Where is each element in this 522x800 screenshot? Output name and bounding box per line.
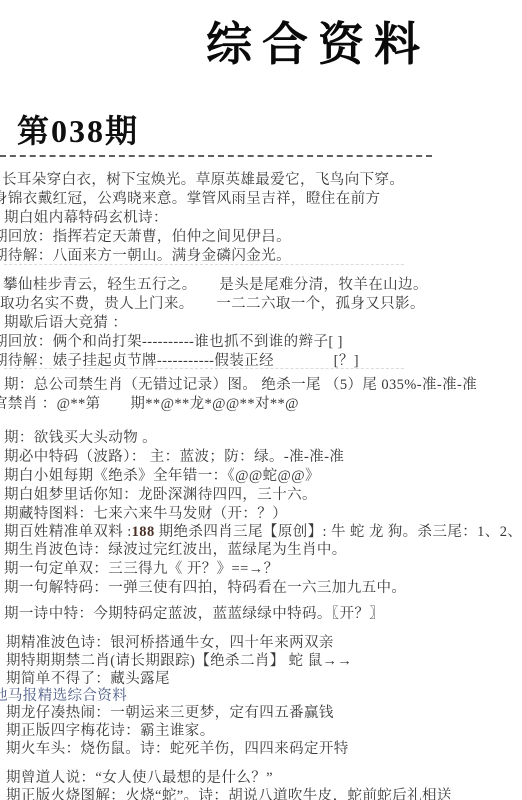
line-meihuashi: 期正版四字梅花诗：霸主谁家。: [6, 723, 215, 739]
line-longzai: 期龙仔凑热闹：一朝运来三更梦，定有四五番赢钱: [6, 705, 334, 721]
line-huifang-1: 期回放：指挥若定天萧曹，伯仲之间见伊吕。: [0, 229, 291, 245]
line-jin-erxiao: 期特期期禁二肖(请长期跟踪)【绝杀二肖】 蛇 鼠→→: [6, 653, 352, 669]
line-huoshao: 期正版火烧图解：火烧“蛇”。诗：胡说八道吹牛皮，蛇前蛇后礼相送: [6, 788, 452, 800]
line-xuanji-title: 期白姐内幕特码玄机诗：: [4, 210, 168, 226]
line-jin-shengxiao: 期：总公司禁生肖（无错过记录）图。 绝杀一尾 （5）尾 035%-准-准-准: [4, 377, 477, 393]
page-title: 综合资料: [206, 8, 466, 74]
faint-rule-2: [4, 368, 404, 369]
line-guan-jinxiao: 官禁肖 ：@**第 期**@**龙*@@**对**@: [0, 396, 299, 412]
document-page: 综合资料 第038期 长耳朵穿白衣，树下宝焕光。草原英雄最爱它，飞鸟向下穿。 身…: [0, 0, 522, 800]
danshuang-prefix: 期百姓精准单双料 :: [4, 524, 132, 540]
line-poem-2: 身锦衣戴红冠，公鸡晓来意。掌管风雨呈吉祥，瞪住在前方: [0, 191, 380, 207]
line-zengdaoren: 期曾道人说：“女人使八最想的是什么？”: [6, 770, 273, 786]
line-yuqian: 期：欲钱买大头动物 。: [4, 430, 157, 446]
line-poem-4: 取功名实不费，贵人上门来。 一二二六取一个，孤身又只影。: [0, 296, 425, 312]
line-daijie-2: 期待解：婊子挂起贞节牌-----------假装正经 [？]: [0, 353, 359, 369]
line-poem-1: 长耳朵穿白衣，树下宝焕光。草原英雄最爱它，飞鸟向下穿。: [2, 172, 404, 188]
line-cangte: 期藏特图料：七来六来牛马发财（开：？）: [4, 506, 287, 522]
line-yishizhongte: 期一诗中特：今期特码定蓝波，蓝蓝绿绿中特码。〖开？〗: [4, 606, 384, 622]
line-bizhong-tema: 期必中特码（波路）： 主：蓝波；防：绿。-准-准-准: [4, 449, 344, 465]
line-boseshi: 期生肖波色诗：绿波过完红波出，蓝绿尾为生肖中。: [4, 542, 347, 558]
line-jingzhun-bose: 期精准波色诗：银河桥搭通牛女，四十年来两双亲: [6, 635, 334, 651]
line-xiehouyu-title: 期歇后语大竞猜 ：: [4, 315, 127, 331]
line-dingdanshuang: 期一句定单双：三三得九《 开？》==→？: [4, 561, 278, 577]
line-mengli: 期白姐梦里话你知：龙卧深渊待四四，三十六。: [4, 487, 317, 503]
danshuang-suffix: 期绝杀四肖三尾【原创】: 牛 蛇 龙 狗。杀三尾：1、2、3。: [155, 524, 522, 540]
line-danshuang: 期百姓精准单双料 :188 期绝杀四肖三尾【原创】: 牛 蛇 龙 狗。杀三尾：1…: [4, 524, 522, 540]
line-mabao-header: 池马报精选综合资料: [0, 688, 127, 704]
line-jiandan: 期简单不得了：藏头露尾: [6, 671, 170, 687]
line-huochetou: 期火车头：烧伤鼠。诗：蛇死羊伤，四四来码定开特: [6, 741, 349, 757]
line-jietema: 期一句解特码：一弹三使有四拍，特码看在一六三加九五中。: [4, 580, 406, 596]
danshuang-number: 188: [132, 524, 155, 540]
line-daijie-1: 期待解：八面来方一朝山。满身金磷闪金光。: [0, 248, 291, 264]
line-huifang-2: 期回放：俩个和尚打架----------谁也抓不到谁的辫子[ ]: [0, 334, 343, 350]
line-poem-3: 攀仙桂步青云，轻生五行之。 是头是尾难分清，牧羊在山边。: [3, 277, 428, 293]
faint-rule-1: [4, 264, 404, 265]
issue-heading: 第038期: [17, 106, 139, 152]
line-juesha: 期白小姐每期《绝杀》全年错一：《@@蛇@@》: [4, 468, 320, 484]
dashed-divider: [0, 155, 432, 157]
